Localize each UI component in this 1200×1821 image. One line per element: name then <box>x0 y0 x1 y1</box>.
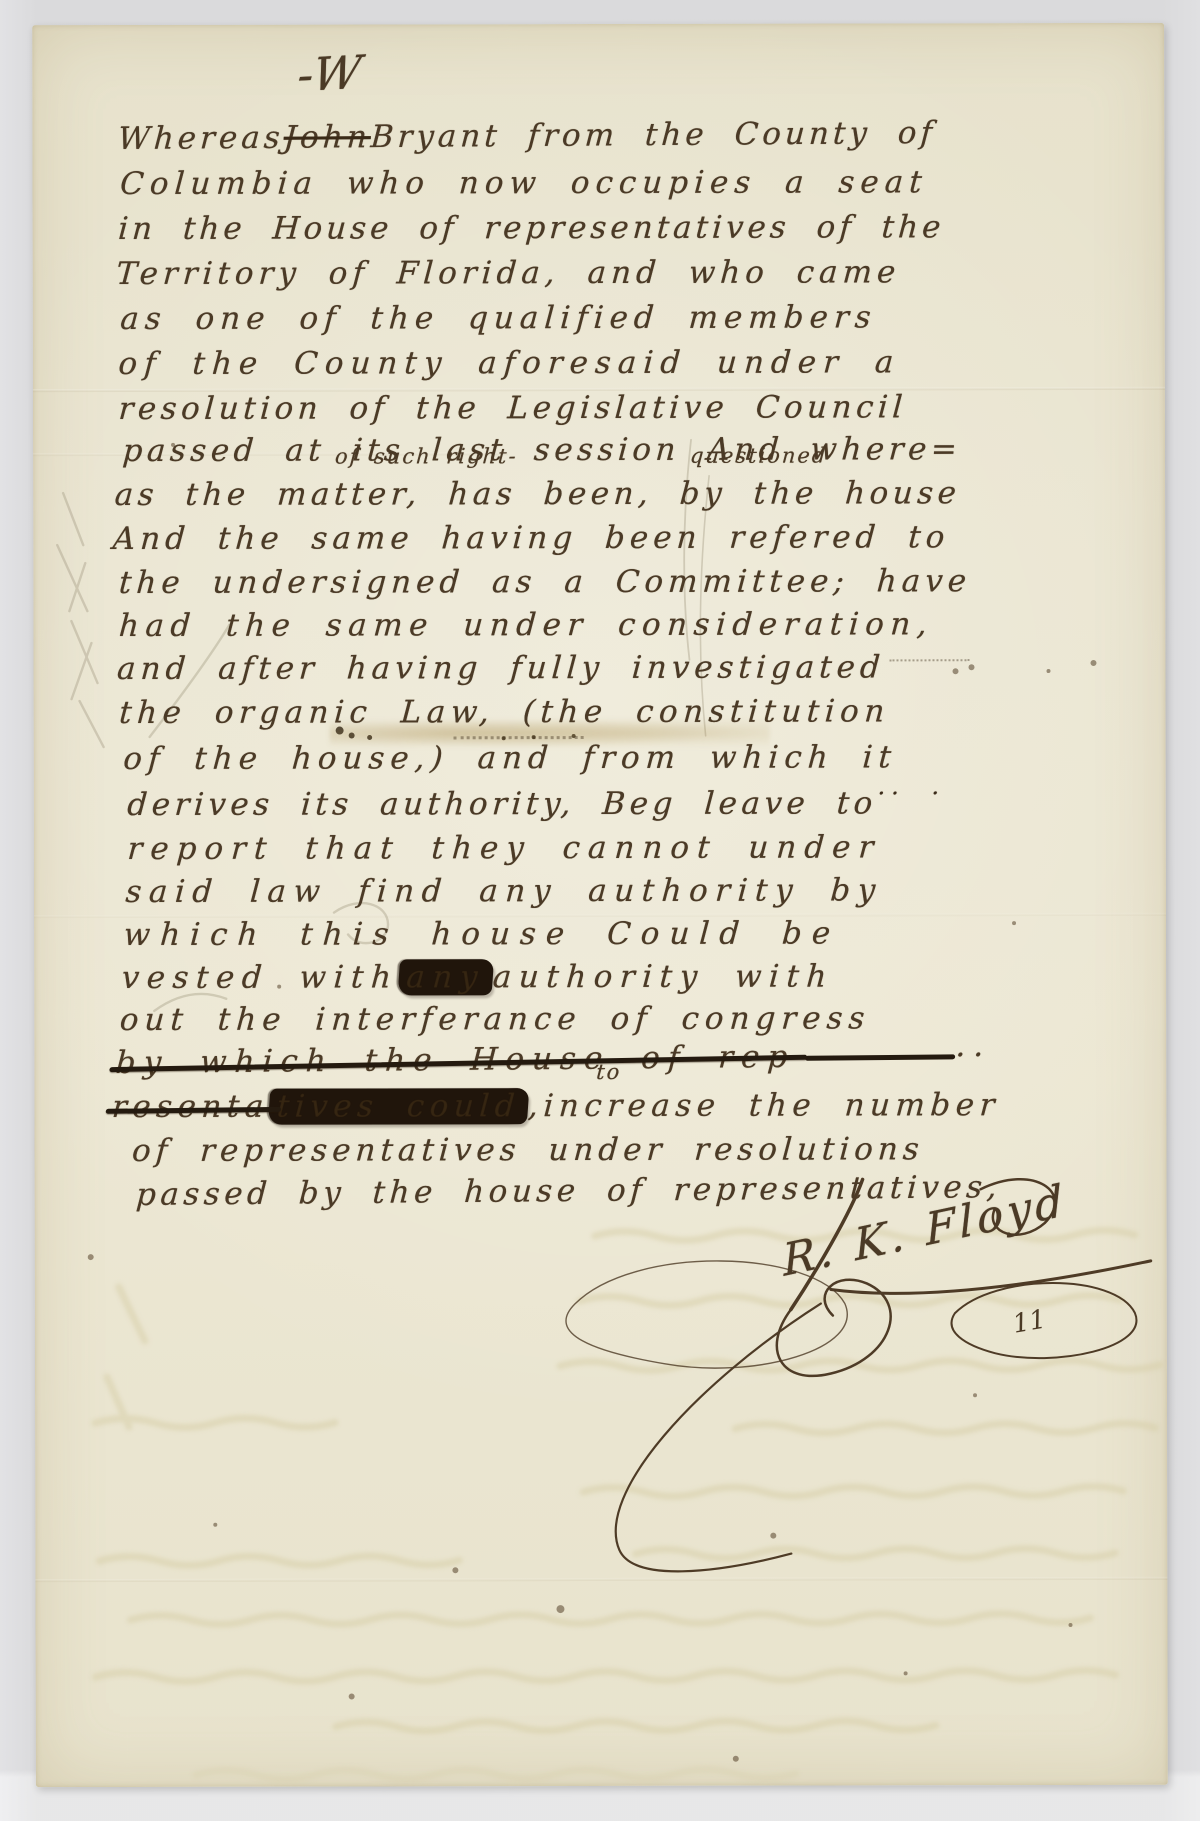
fold-crease <box>35 1577 1167 1582</box>
text-segment: the undersigned as a Committee; have <box>118 563 973 601</box>
text-segment: out the interferance of congress <box>119 1000 872 1038</box>
manuscript-line: resentatives could,increase the number <box>110 1087 1001 1131</box>
manuscript-text: Whereas John Bryant from the County ofCo… <box>32 23 1164 25</box>
manuscript-line: report that they cannot under <box>126 829 883 873</box>
manuscript-line: And the same having been refered to <box>111 519 950 563</box>
signature-mark: 11 <box>1010 1304 1048 1339</box>
manuscript-line: and after having fully investigated <box>116 649 887 693</box>
text-segment: report that they cannot under <box>126 829 882 867</box>
document-page: -W Whereas John Bryant from the County o… <box>32 23 1168 1787</box>
docket-mark: -W <box>295 45 366 102</box>
manuscript-line: out the interferance of congress <box>118 1000 871 1044</box>
struck-text: John <box>283 119 372 156</box>
ink-dots <box>889 659 969 661</box>
text-segment: said law find any authority by <box>124 872 884 910</box>
text-segment: had the same under consideration, <box>118 606 935 644</box>
manuscript-line: as the matter, has been, by the house <box>113 475 962 519</box>
text-segment: of the house,) and from which it <box>122 739 898 777</box>
text-segment: ·· · <box>877 779 946 807</box>
manuscript-line: questioned <box>689 444 828 470</box>
manuscript-line: of the house,) and from which it <box>122 739 898 783</box>
text-segment: resolution of the Legislative Council <box>117 389 908 427</box>
manuscript-line: of such right- <box>334 444 518 470</box>
text-segment: Bryant from the County of <box>370 115 937 155</box>
manuscript-line: Whereas John Bryant from the County of <box>116 115 937 163</box>
manuscript-line: resolution of the Legislative Council <box>117 389 908 433</box>
text-segment: as one of the qualified members <box>119 299 878 337</box>
text-segment: passed by the house of representatives, <box>135 1169 1002 1213</box>
manuscript-line: passed at its last session And where= <box>121 431 963 475</box>
text-segment: questioned <box>689 444 828 468</box>
manuscript-line: which this house Could be <box>122 915 841 959</box>
text-segment: Territory of Florida, and who came <box>115 254 902 292</box>
text-segment: of representatives under resolutions <box>131 1131 925 1169</box>
manuscript-line: Columbia who now occupies a seat <box>119 164 929 208</box>
struck-text: by which the House of rep <box>115 1039 797 1081</box>
manuscript-line: vested with any authority with <box>120 959 835 1002</box>
manuscript-line: the organic Law, (the constitution <box>118 693 891 737</box>
manuscript-line: Territory of Florida, and who came <box>115 254 902 298</box>
text-segment: and after having fully investigated <box>116 649 886 687</box>
manuscript-line: derives its authority, Beg leave to ·· · <box>126 785 946 829</box>
text-segment: to <box>596 1060 623 1084</box>
text-segment: passed at its last session And where= <box>122 431 963 469</box>
text-segment: vested with <box>121 959 400 996</box>
text-segment: which this house Could be <box>123 915 842 953</box>
text-segment: derives its authority, Beg leave to <box>126 785 878 823</box>
manuscript-line: by which the House of rep— ·· <box>114 1037 992 1087</box>
text-segment: of the County aforesaid under a <box>117 344 901 382</box>
text-segment: the organic Law, (the constitution <box>118 693 891 731</box>
manuscript-line: of the County aforesaid under a <box>117 344 902 388</box>
text-segment: ,increase the number <box>527 1087 1001 1124</box>
manuscript-line: passed by the house of representatives, <box>135 1169 1002 1219</box>
text-segment: authority with <box>492 959 835 996</box>
text-segment: of such right- <box>334 444 518 468</box>
text-segment: ·· <box>954 1037 992 1073</box>
text-segment: And the same having been refered to <box>112 519 951 557</box>
strike-bar: — <box>805 1054 955 1060</box>
manuscript-line: had the same under consideration, <box>117 606 934 650</box>
manuscript-line: to <box>595 1060 622 1086</box>
manuscript-line: in the House of representatives of the <box>117 209 946 253</box>
erased-strike-remnant <box>454 736 584 739</box>
text-segment: Whereas <box>117 120 285 157</box>
manuscript-line: as one of the qualified members <box>119 299 878 343</box>
manuscript-line: the undersigned as a Committee; have <box>117 563 972 607</box>
struck-text: resenta <box>111 1089 270 1125</box>
manuscript-line: said law find any authority by <box>124 872 884 916</box>
manuscript-line: of representatives under resolutions <box>131 1131 925 1175</box>
text-segment: Columbia who now occupies a seat <box>119 164 929 202</box>
text-segment: in the House of representatives of the <box>117 209 946 247</box>
scan-background: -W Whereas John Bryant from the County o… <box>0 0 1200 1821</box>
ink-blot: tives could <box>268 1088 530 1125</box>
ink-blot: any <box>397 959 494 995</box>
text-segment: as the matter, has been, by the house <box>114 475 962 513</box>
